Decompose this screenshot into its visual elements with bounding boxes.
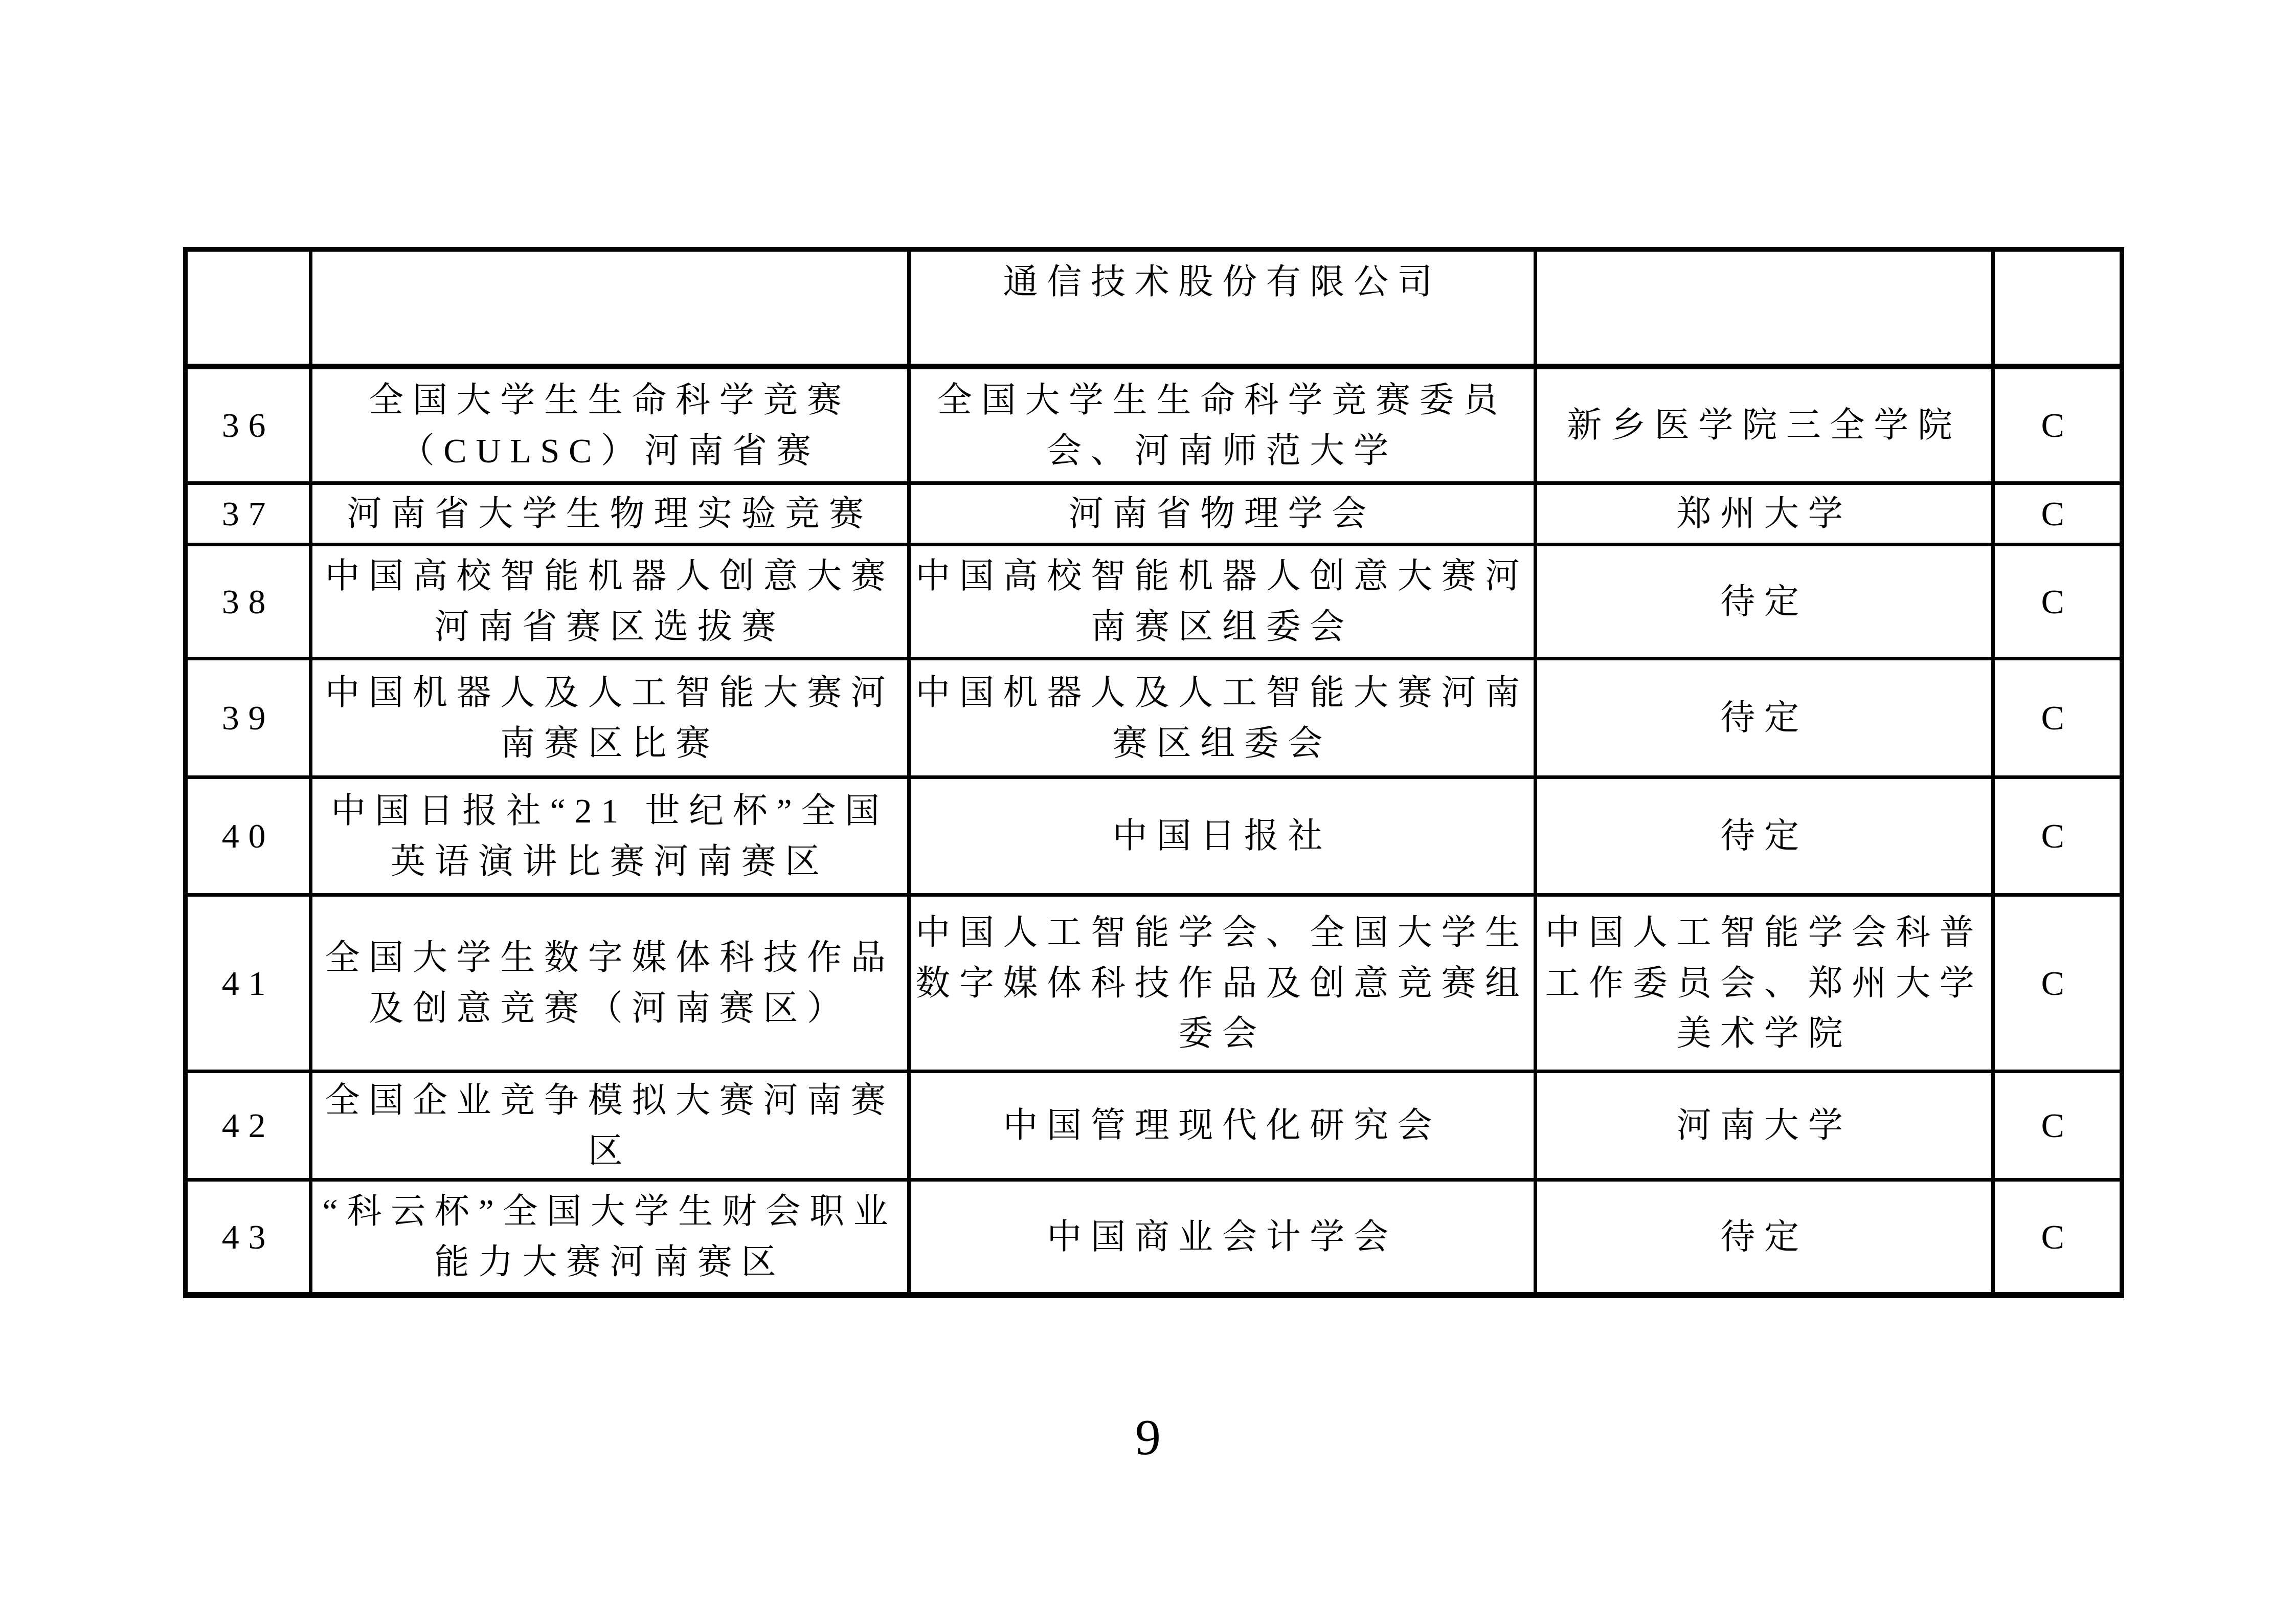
grade-cell: C xyxy=(1993,777,2122,895)
row-index-cell: 36 xyxy=(186,367,311,483)
table-row: 38 中国高校智能机器人创意大赛河南省赛区选拔赛 中国高校智能机器人创意大赛河南… xyxy=(186,545,2122,659)
table-row: 41 全国大学生数字媒体科技作品及创意竞赛（河南赛区） 中国人工智能学会、全国大… xyxy=(186,895,2122,1072)
organizer-cell: 河南省物理学会 xyxy=(909,483,1536,545)
organizer-cell: 中国管理现代化研究会 xyxy=(909,1072,1536,1180)
organizer-cell: 全国大学生生命科学竞赛委员会、河南师范大学 xyxy=(909,367,1536,483)
row-index-cell: 39 xyxy=(186,659,311,777)
host-cell: 待定 xyxy=(1536,659,1993,777)
table-row-carryover: 通信技术股份有限公司 xyxy=(186,250,2122,367)
organizer-cell: 中国机器人及人工智能大赛河南赛区组委会 xyxy=(909,659,1536,777)
grade-cell: C xyxy=(1993,1180,2122,1295)
host-cell: 待定 xyxy=(1536,777,1993,895)
organizer-cell: 中国高校智能机器人创意大赛河南赛区组委会 xyxy=(909,545,1536,659)
table-row: 36 全国大学生生命科学竞赛（CULSC）河南省赛 全国大学生生命科学竞赛委员会… xyxy=(186,367,2122,483)
row-index-cell: 38 xyxy=(186,545,311,659)
competition-name-cell: 全国大学生数字媒体科技作品及创意竞赛（河南赛区） xyxy=(311,895,909,1072)
grade-cell: C xyxy=(1993,1072,2122,1180)
competition-name-cell: 中国机器人及人工智能大赛河南赛区比赛 xyxy=(311,659,909,777)
competition-name-cell: 中国日报社“21 世纪杯”全国英语演讲比赛河南赛区 xyxy=(311,777,909,895)
row-index-cell: 43 xyxy=(186,1180,311,1295)
competition-name-cell: 全国大学生生命科学竞赛（CULSC）河南省赛 xyxy=(311,367,909,483)
grade-cell: C xyxy=(1993,659,2122,777)
document-page: 通信技术股份有限公司 36 全国大学生生命科学竞赛（CULSC）河南省赛 全国大… xyxy=(0,0,2296,1624)
host-cell: 新乡医学院三全学院 xyxy=(1536,367,1993,483)
table-row: 43 “科云杯”全国大学生财会职业能力大赛河南赛区 中国商业会计学会 待定 C xyxy=(186,1180,2122,1295)
grade-cell xyxy=(1993,250,2122,367)
grade-cell: C xyxy=(1993,367,2122,483)
grade-cell: C xyxy=(1993,545,2122,659)
page-number: 9 xyxy=(0,1408,2296,1466)
organizer-cell: 中国商业会计学会 xyxy=(909,1180,1536,1295)
host-cell: 郑州大学 xyxy=(1536,483,1993,545)
grade-cell: C xyxy=(1993,483,2122,545)
row-index-cell: 41 xyxy=(186,895,311,1072)
competition-table: 通信技术股份有限公司 36 全国大学生生命科学竞赛（CULSC）河南省赛 全国大… xyxy=(183,247,2124,1298)
host-cell: 待定 xyxy=(1536,1180,1993,1295)
host-cell: 中国人工智能学会科普工作委员会、郑州大学美术学院 xyxy=(1536,895,1993,1072)
table-row: 40 中国日报社“21 世纪杯”全国英语演讲比赛河南赛区 中国日报社 待定 C xyxy=(186,777,2122,895)
row-index-cell: 37 xyxy=(186,483,311,545)
table-row: 37 河南省大学生物理实验竞赛 河南省物理学会 郑州大学 C xyxy=(186,483,2122,545)
row-index-cell: 42 xyxy=(186,1072,311,1180)
organizer-cell: 通信技术股份有限公司 xyxy=(909,250,1536,367)
host-cell: 待定 xyxy=(1536,545,1993,659)
competition-name-cell: 中国高校智能机器人创意大赛河南省赛区选拔赛 xyxy=(311,545,909,659)
grade-cell: C xyxy=(1993,895,2122,1072)
table-row: 42 全国企业竞争模拟大赛河南赛区 中国管理现代化研究会 河南大学 C xyxy=(186,1072,2122,1180)
row-index-cell: 40 xyxy=(186,777,311,895)
competition-name-cell: 全国企业竞争模拟大赛河南赛区 xyxy=(311,1072,909,1180)
organizer-cell: 中国人工智能学会、全国大学生数字媒体科技作品及创意竞赛组委会 xyxy=(909,895,1536,1072)
host-cell: 河南大学 xyxy=(1536,1072,1993,1180)
competition-name-cell xyxy=(311,250,909,367)
table-row: 39 中国机器人及人工智能大赛河南赛区比赛 中国机器人及人工智能大赛河南赛区组委… xyxy=(186,659,2122,777)
competition-name-cell: 河南省大学生物理实验竞赛 xyxy=(311,483,909,545)
competition-name-cell: “科云杯”全国大学生财会职业能力大赛河南赛区 xyxy=(311,1180,909,1295)
host-cell xyxy=(1536,250,1993,367)
organizer-cell: 中国日报社 xyxy=(909,777,1536,895)
row-index-cell xyxy=(186,250,311,367)
